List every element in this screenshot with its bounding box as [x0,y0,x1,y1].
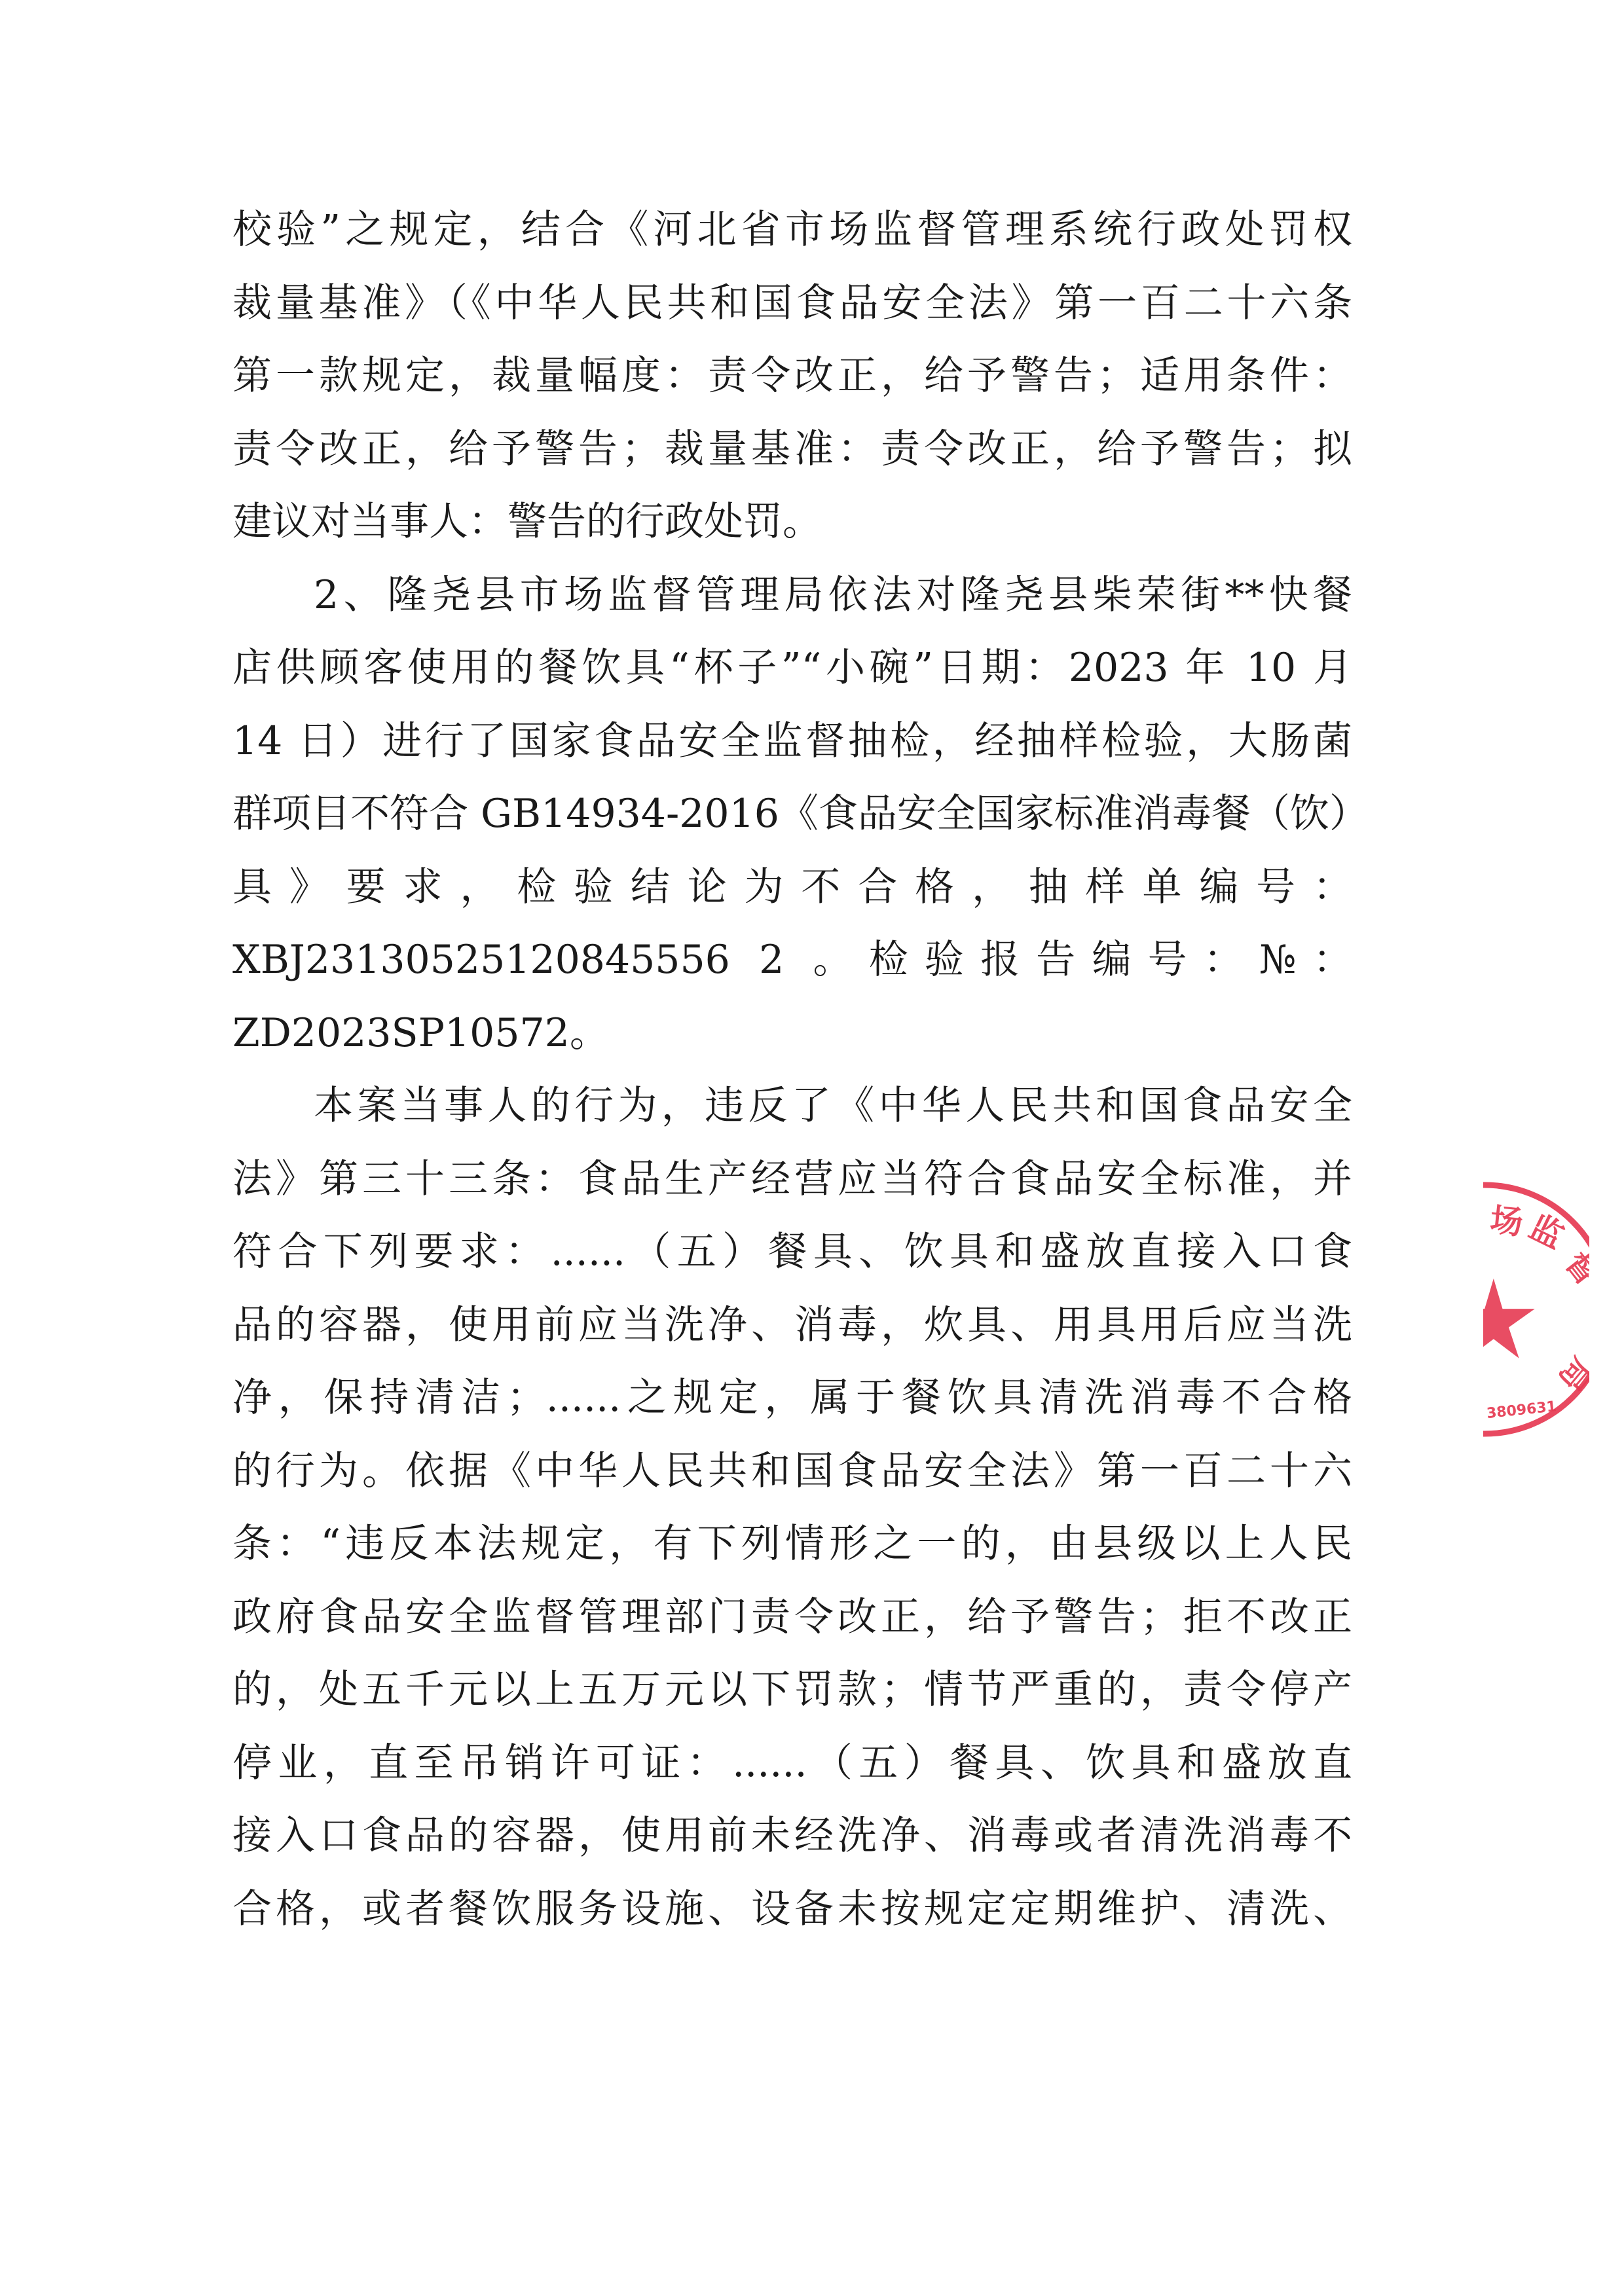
text-line: 校验”之规定，结合《河北省市场监督管理系统行政处罚权 [232,194,1352,267]
svg-text:场: 场 [1488,1201,1525,1242]
text-line: 净，保持清洁；......之规定，属于餐饮具清洗消毒不合格 [232,1362,1352,1435]
text-line: 具》要求，检验结论为不合格，抽样单编号： [232,851,1352,924]
text-line: 品的容器，使用前应当洗净、消毒，炊具、用具用后应当洗 [232,1289,1352,1362]
official-seal: 场 监 督 局 3809631 [1483,1178,1589,1447]
text-line: 2、隆尧县市场监督管理局依法对隆尧县柴荣街**快餐 [232,559,1352,632]
svg-text:督: 督 [1558,1245,1589,1292]
report-number-line: ZD2023SP10572。 [232,997,1352,1070]
text-line: 条：“违反本法规定，有下列情形之一的，由县级以上人民 [232,1508,1352,1581]
text-line: 停业，直至吊销许可证：......（五）餐具、饮具和盛放直 [232,1727,1352,1800]
text-line: 本案当事人的行为，违反了《中华人民共和国食品安全 [232,1070,1352,1143]
paragraph-p3: 本案当事人的行为，违反了《中华人民共和国食品安全 法》第三十三条：食品生产经营应… [232,1070,1352,1946]
text-line: 的，处五千元以上五万元以下罚款；情节严重的，责令停产 [232,1654,1352,1727]
text-line: 的行为。依据《中华人民共和国食品安全法》第一百二十六 [232,1435,1352,1508]
text-line: 14 日）进行了国家食品安全监督抽检，经抽样检验，大肠菌 [232,705,1352,778]
star-icon [1483,1279,1535,1358]
svg-text:局: 局 [1551,1351,1589,1398]
paragraph-p2: 2、隆尧县市场监督管理局依法对隆尧县柴荣街**快餐 店供顾客使用的餐饮具“杯子”… [232,559,1352,1070]
text-line: 政府食品安全监督管理部门责令改正，给予警告；拒不改正 [232,1581,1352,1654]
text-line: 合格，或者餐饮服务设施、设备未按规定定期维护、清洗、 [232,1873,1352,1946]
text-line: 符合下列要求：......（五）餐具、饮具和盛放直接入口食 [232,1216,1352,1289]
document-page: 校验”之规定，结合《河北省市场监督管理系统行政处罚权 裁量基准》（《中华人民共和… [0,0,1624,2296]
text-line: 法》第三十三条：食品生产经营应当符合食品安全标准，并 [232,1143,1352,1216]
paragraph-p1: 校验”之规定，结合《河北省市场监督管理系统行政处罚权 裁量基准》（《中华人民共和… [232,194,1352,559]
document-body: 校验”之规定，结合《河北省市场监督管理系统行政处罚权 裁量基准》（《中华人民共和… [232,194,1352,1946]
text-line: 第一款规定，裁量幅度：责令改正，给予警告；适用条件： [232,340,1352,413]
text-line: 责令改正，给予警告；裁量基准：责令改正，给予警告；拟 [232,413,1352,486]
sampling-number-line: XBJ23130525120845556 2 。检验报告编号：№： [232,924,1352,997]
text-line: 店供顾客使用的餐饮具“杯子”“小碗”日期：2023 年 10 月 [232,632,1352,705]
text-line: 裁量基准》（《中华人民共和国食品安全法》第一百二十六条 [232,267,1352,340]
seal-graphic: 场 监 督 局 3809631 [1483,1178,1589,1447]
text-line: 接入口食品的容器，使用前未经洗净、消毒或者清洗消毒不 [232,1800,1352,1873]
text-line: 建议对当事人：警告的行政处罚。 [232,486,1352,559]
text-line: 群项目不符合 GB14934-2016《食品安全国家标准消毒餐（饮） [232,778,1352,851]
